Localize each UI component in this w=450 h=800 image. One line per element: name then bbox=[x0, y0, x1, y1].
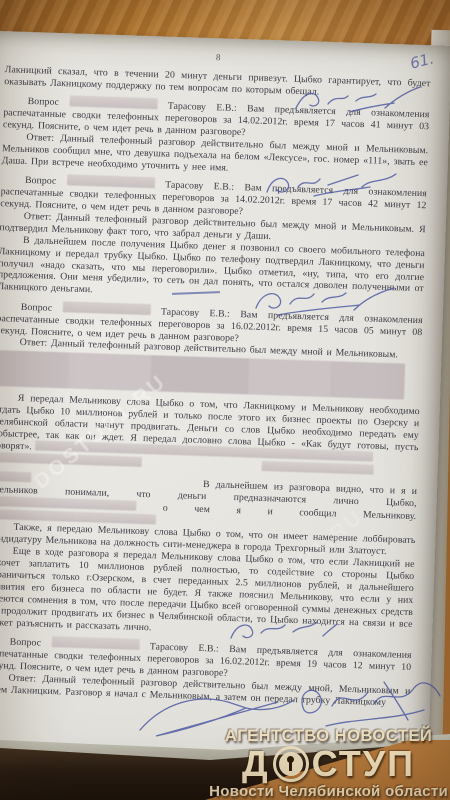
agency-subtitle: Новости Челябинской области bbox=[209, 783, 448, 800]
redaction-bar bbox=[69, 96, 157, 110]
paragraphs-container: Лакницкий сказал, что в течении 20 минут… bbox=[0, 64, 431, 709]
redaction-bar bbox=[0, 471, 31, 482]
answer-3-final: Еще в ходе разговора я передал Мельников… bbox=[0, 545, 415, 642]
keyhole-stem bbox=[289, 761, 293, 771]
document-page: 8 Лакницкий сказал, что в течении 20 мин… bbox=[0, 31, 450, 773]
layout-spacer bbox=[31, 480, 203, 487]
layout-spacer bbox=[142, 465, 262, 470]
answer-2-continued: В дальнейшем после получения Цыбко денег… bbox=[0, 234, 425, 308]
redaction-bar bbox=[67, 174, 155, 188]
redaction-bar bbox=[0, 496, 137, 511]
photo-scene: 8 Лакницкий сказал, что в течении 20 мин… bbox=[0, 0, 450, 800]
brand-letter-first: Д bbox=[242, 746, 270, 782]
redaction-bar bbox=[51, 636, 139, 650]
brand-letters-rest: СТУП bbox=[312, 746, 415, 782]
document-text: 8 Лакницкий сказал, что в течении 20 мин… bbox=[0, 45, 431, 764]
agency-brand: Д СТУП bbox=[209, 746, 448, 782]
keyhole-icon bbox=[273, 746, 309, 782]
redaction-bar bbox=[63, 301, 151, 315]
redaction-bar bbox=[0, 452, 142, 467]
answer-3-continued: Я передал Мельникову слова Цыбко о том, … bbox=[0, 392, 420, 480]
agency-watermark-logo: АГЕНТСТВО НОВОСТЕЙ Д СТУП Новости Челяби… bbox=[209, 727, 448, 800]
redaction-bar bbox=[262, 461, 374, 475]
